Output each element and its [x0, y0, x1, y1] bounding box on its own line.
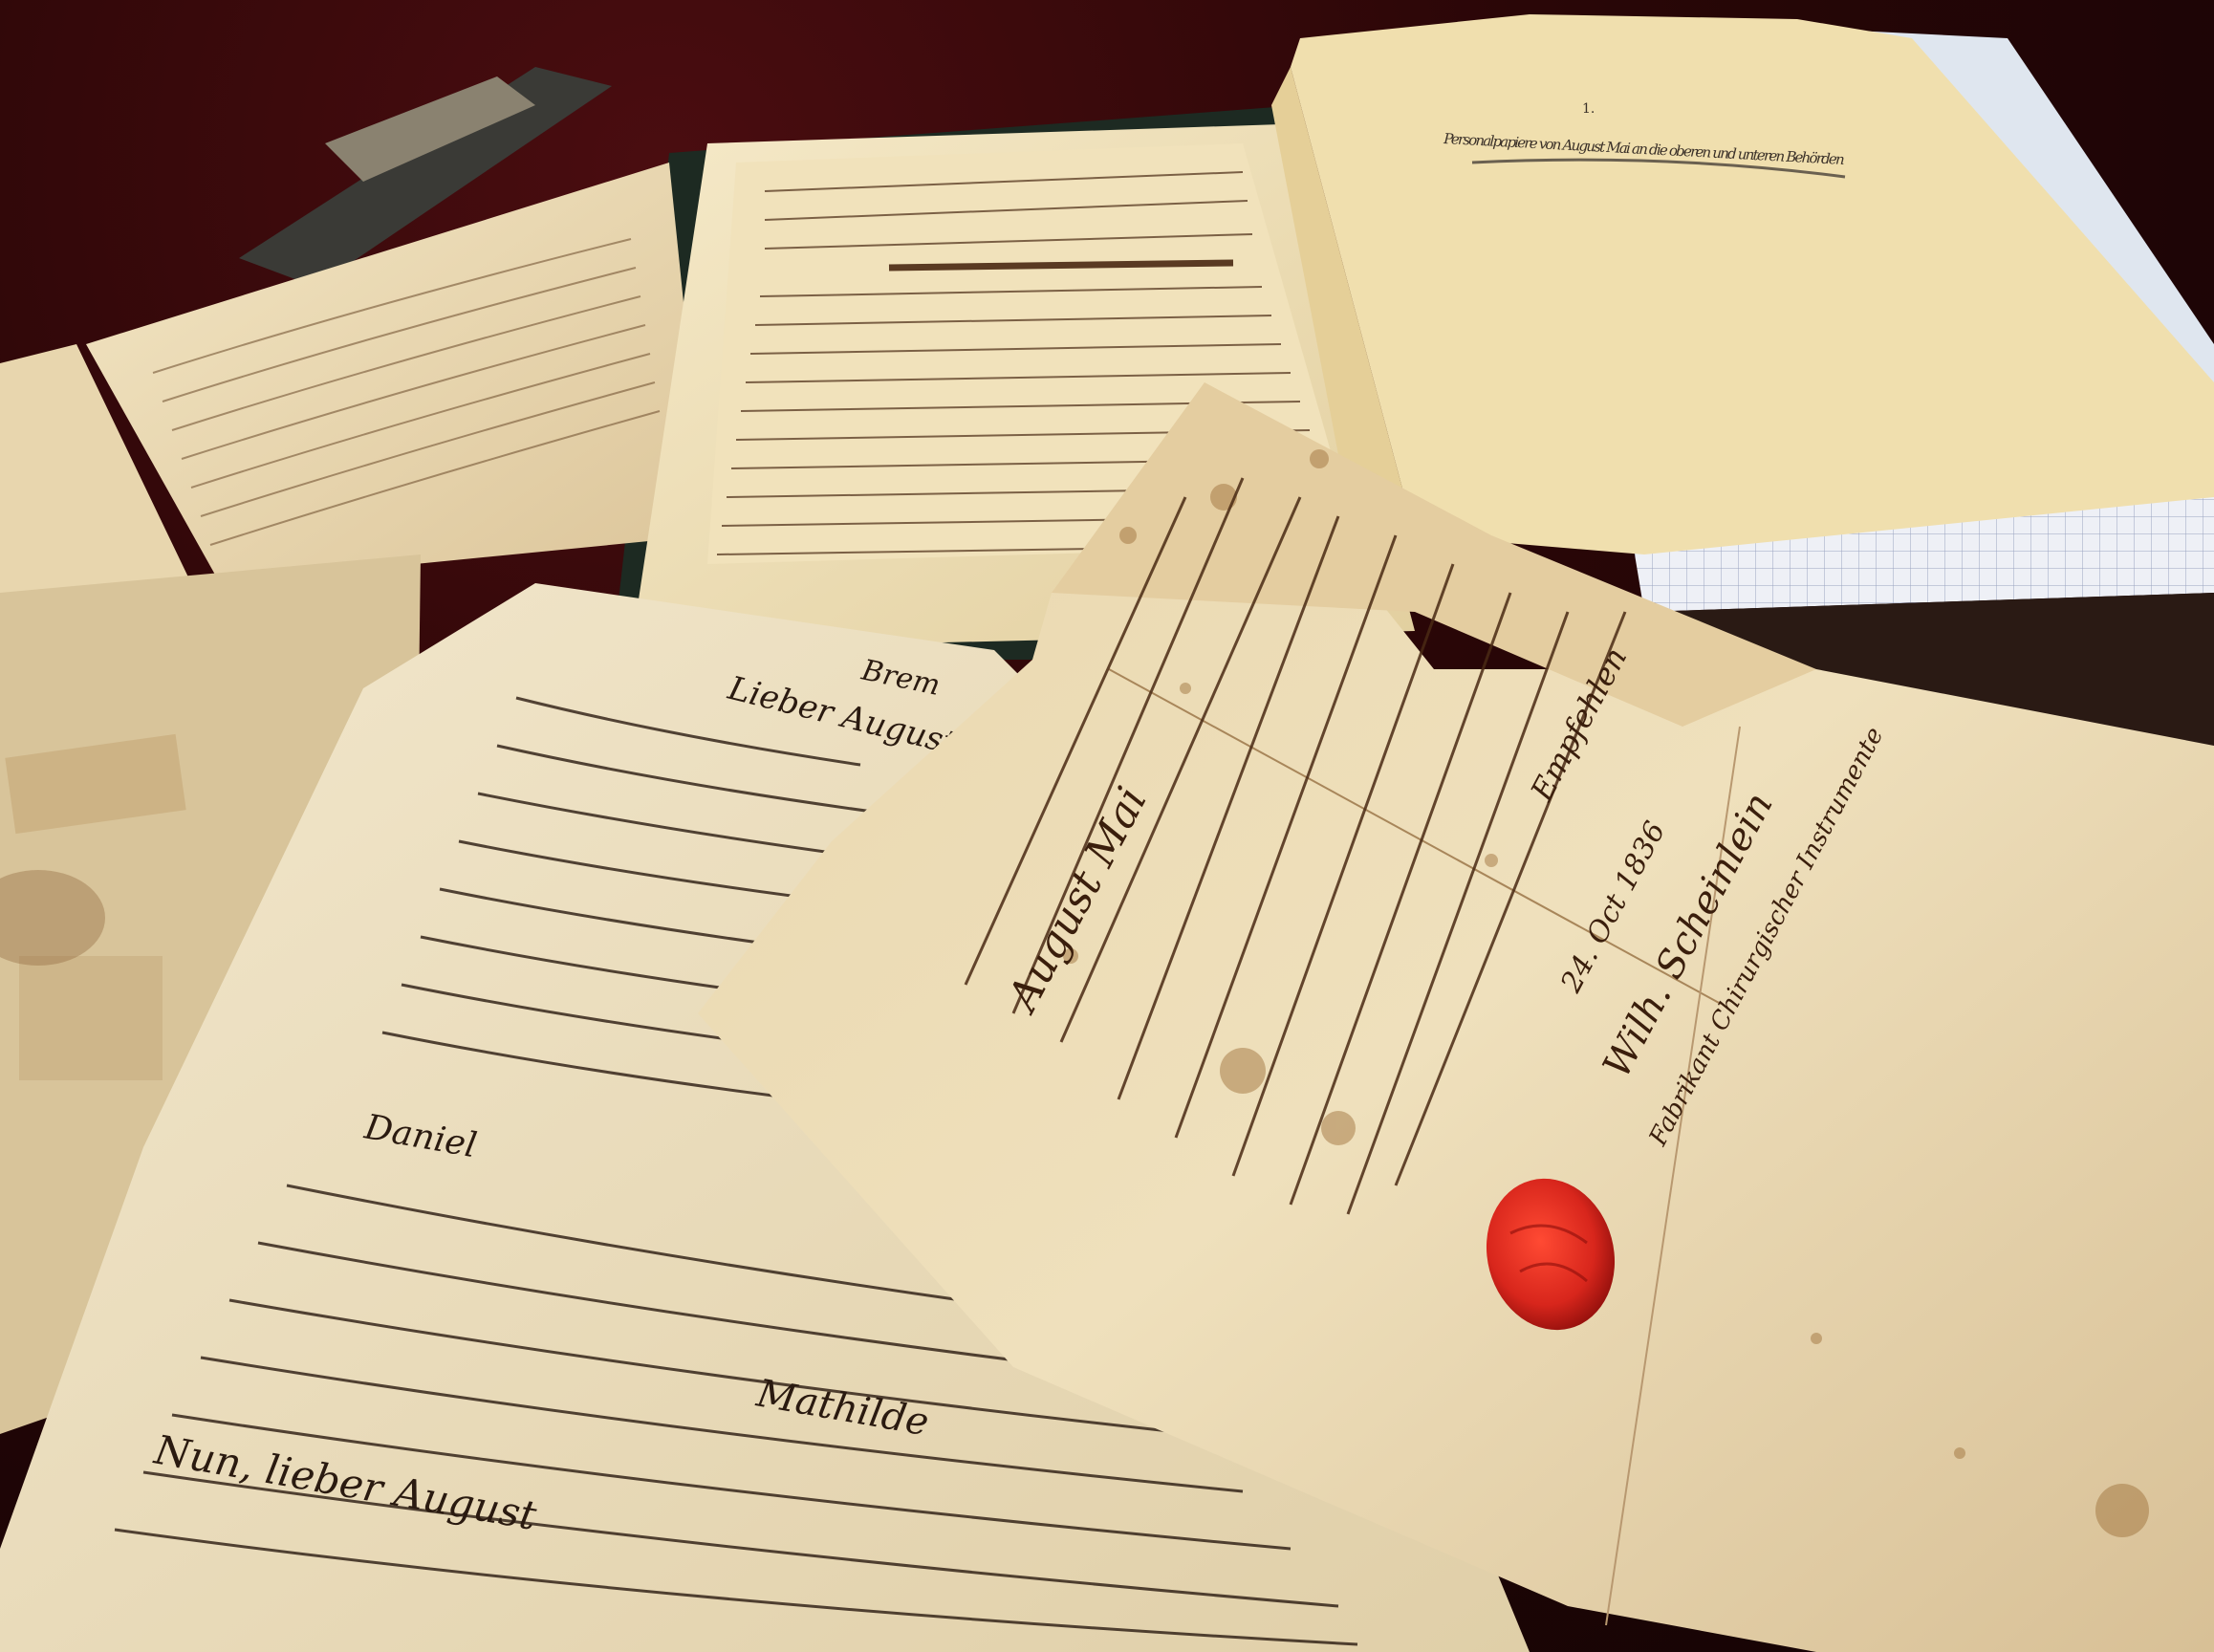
folder-heading-number: 1. — [1582, 101, 1595, 117]
photo-scene: 1. Personalpapiere von August Mai an die… — [0, 0, 2214, 1652]
top-right-folder-page: 1. Personalpapiere von August Mai an die… — [1271, 14, 2214, 554]
document-photo: 1. Personalpapiere von August Mai an die… — [0, 0, 2214, 1652]
